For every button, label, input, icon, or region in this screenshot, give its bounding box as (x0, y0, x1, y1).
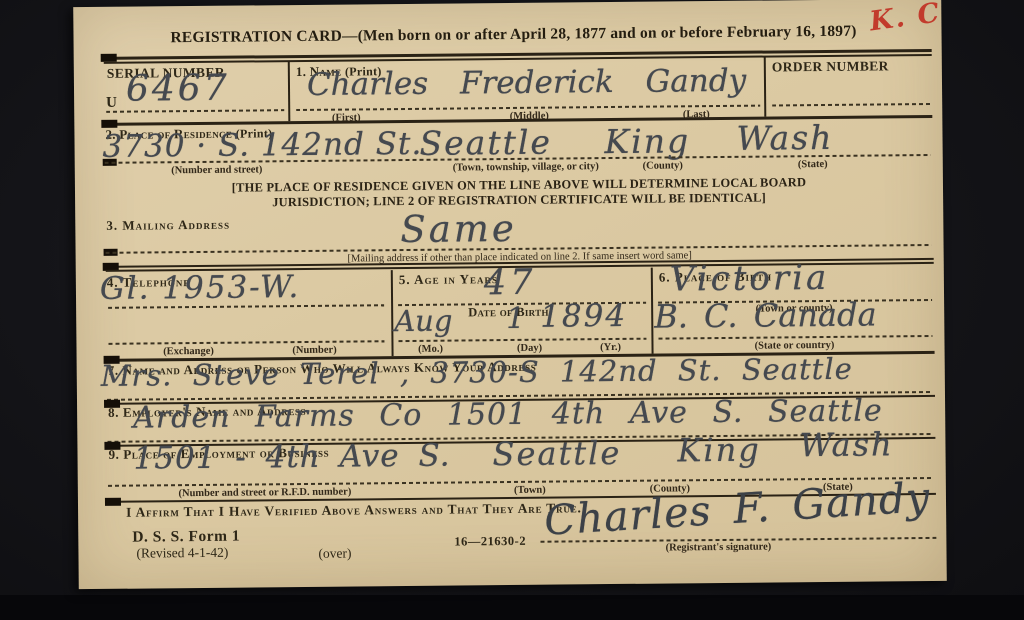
residence-county-sublabel: (County) (643, 160, 683, 171)
form-revision: (Revised 4-1-42) (136, 545, 228, 562)
residence-street-sublabel: (Number and street) (171, 164, 262, 176)
affirmation-text: I Affirm That I Have Verified Above Answ… (126, 500, 582, 520)
residence-city-sublabel: (Town, township, village, or city) (453, 161, 599, 173)
mailing-value: Same (400, 207, 517, 251)
residence-state-sublabel: (State) (798, 159, 828, 170)
row1-divider-left (288, 61, 291, 121)
birth-region-sublabel: (State or country) (755, 340, 835, 352)
employment-street-value: 1501 - 4th Ave S. (133, 438, 450, 477)
employment-town-value: Seattle (492, 434, 621, 473)
order-number-label: ORDER NUMBER (772, 58, 889, 75)
contact-value: Mrs. Steve Terel , 3730-S 142nd St. Seat… (101, 352, 853, 393)
registration-card: REGISTRATION CARD—(Men born on or after … (73, 0, 947, 589)
month-sublabel: (Mo.) (418, 344, 443, 355)
employment-street-sublabel: (Number and street or R.F.D. number) (178, 487, 351, 500)
dob-year-value: 1894 (540, 298, 627, 335)
birthplace-town-value: Victoria (670, 258, 830, 300)
telephone-dotted-line2 (108, 340, 384, 345)
employment-state-value: Wash (799, 425, 894, 464)
birthplace-region-value: B. C. Canada (654, 295, 877, 335)
name-value: Charles Frederick Gandy (307, 63, 747, 103)
card-title: REGISTRATION CARD—(Men born on or after … (121, 22, 905, 48)
section456-divider-left (391, 270, 394, 356)
order-dotted-line (772, 103, 930, 107)
employment-town-sublabel: (Town) (514, 485, 546, 496)
age-value: 47 (484, 263, 537, 304)
dob-month-value: Aug (394, 304, 453, 339)
year-sublabel: (Yr.) (600, 342, 621, 353)
over-note: (over) (318, 546, 351, 562)
birthplace-dotted-line2 (658, 335, 932, 340)
serial-prefix: U (106, 95, 117, 112)
employer-value: Arden Farms Co 1501 4th Ave S. Seattle (133, 393, 883, 435)
employment-county-value: King (677, 431, 761, 470)
serial-dotted-line (106, 109, 284, 113)
section456-divider-right (651, 268, 654, 354)
registrant-signature-sublabel: (Registrant's signature) (666, 542, 772, 554)
registrant-signature-value: Charles F. Gandy (543, 473, 932, 545)
telephone-value: Gl. 1953-W. (100, 269, 301, 307)
day-sublabel: (Day) (517, 343, 542, 354)
scanner-background-strip (0, 595, 1024, 620)
number-sublabel: (Number) (292, 345, 336, 356)
print-code: 16—21630-2 (454, 534, 526, 550)
mailing-label: 3. Mailing Address (106, 217, 230, 234)
dob-day-value: 1 (506, 301, 525, 335)
residence-state-value: Wash (736, 118, 833, 158)
red-annotation: K. C. 3 (868, 0, 947, 37)
exchange-sublabel: (Exchange) (163, 346, 214, 357)
serial-number-value: 6467 (126, 68, 230, 110)
residence-county-value: King (604, 121, 690, 161)
row1-divider-right (764, 57, 767, 117)
